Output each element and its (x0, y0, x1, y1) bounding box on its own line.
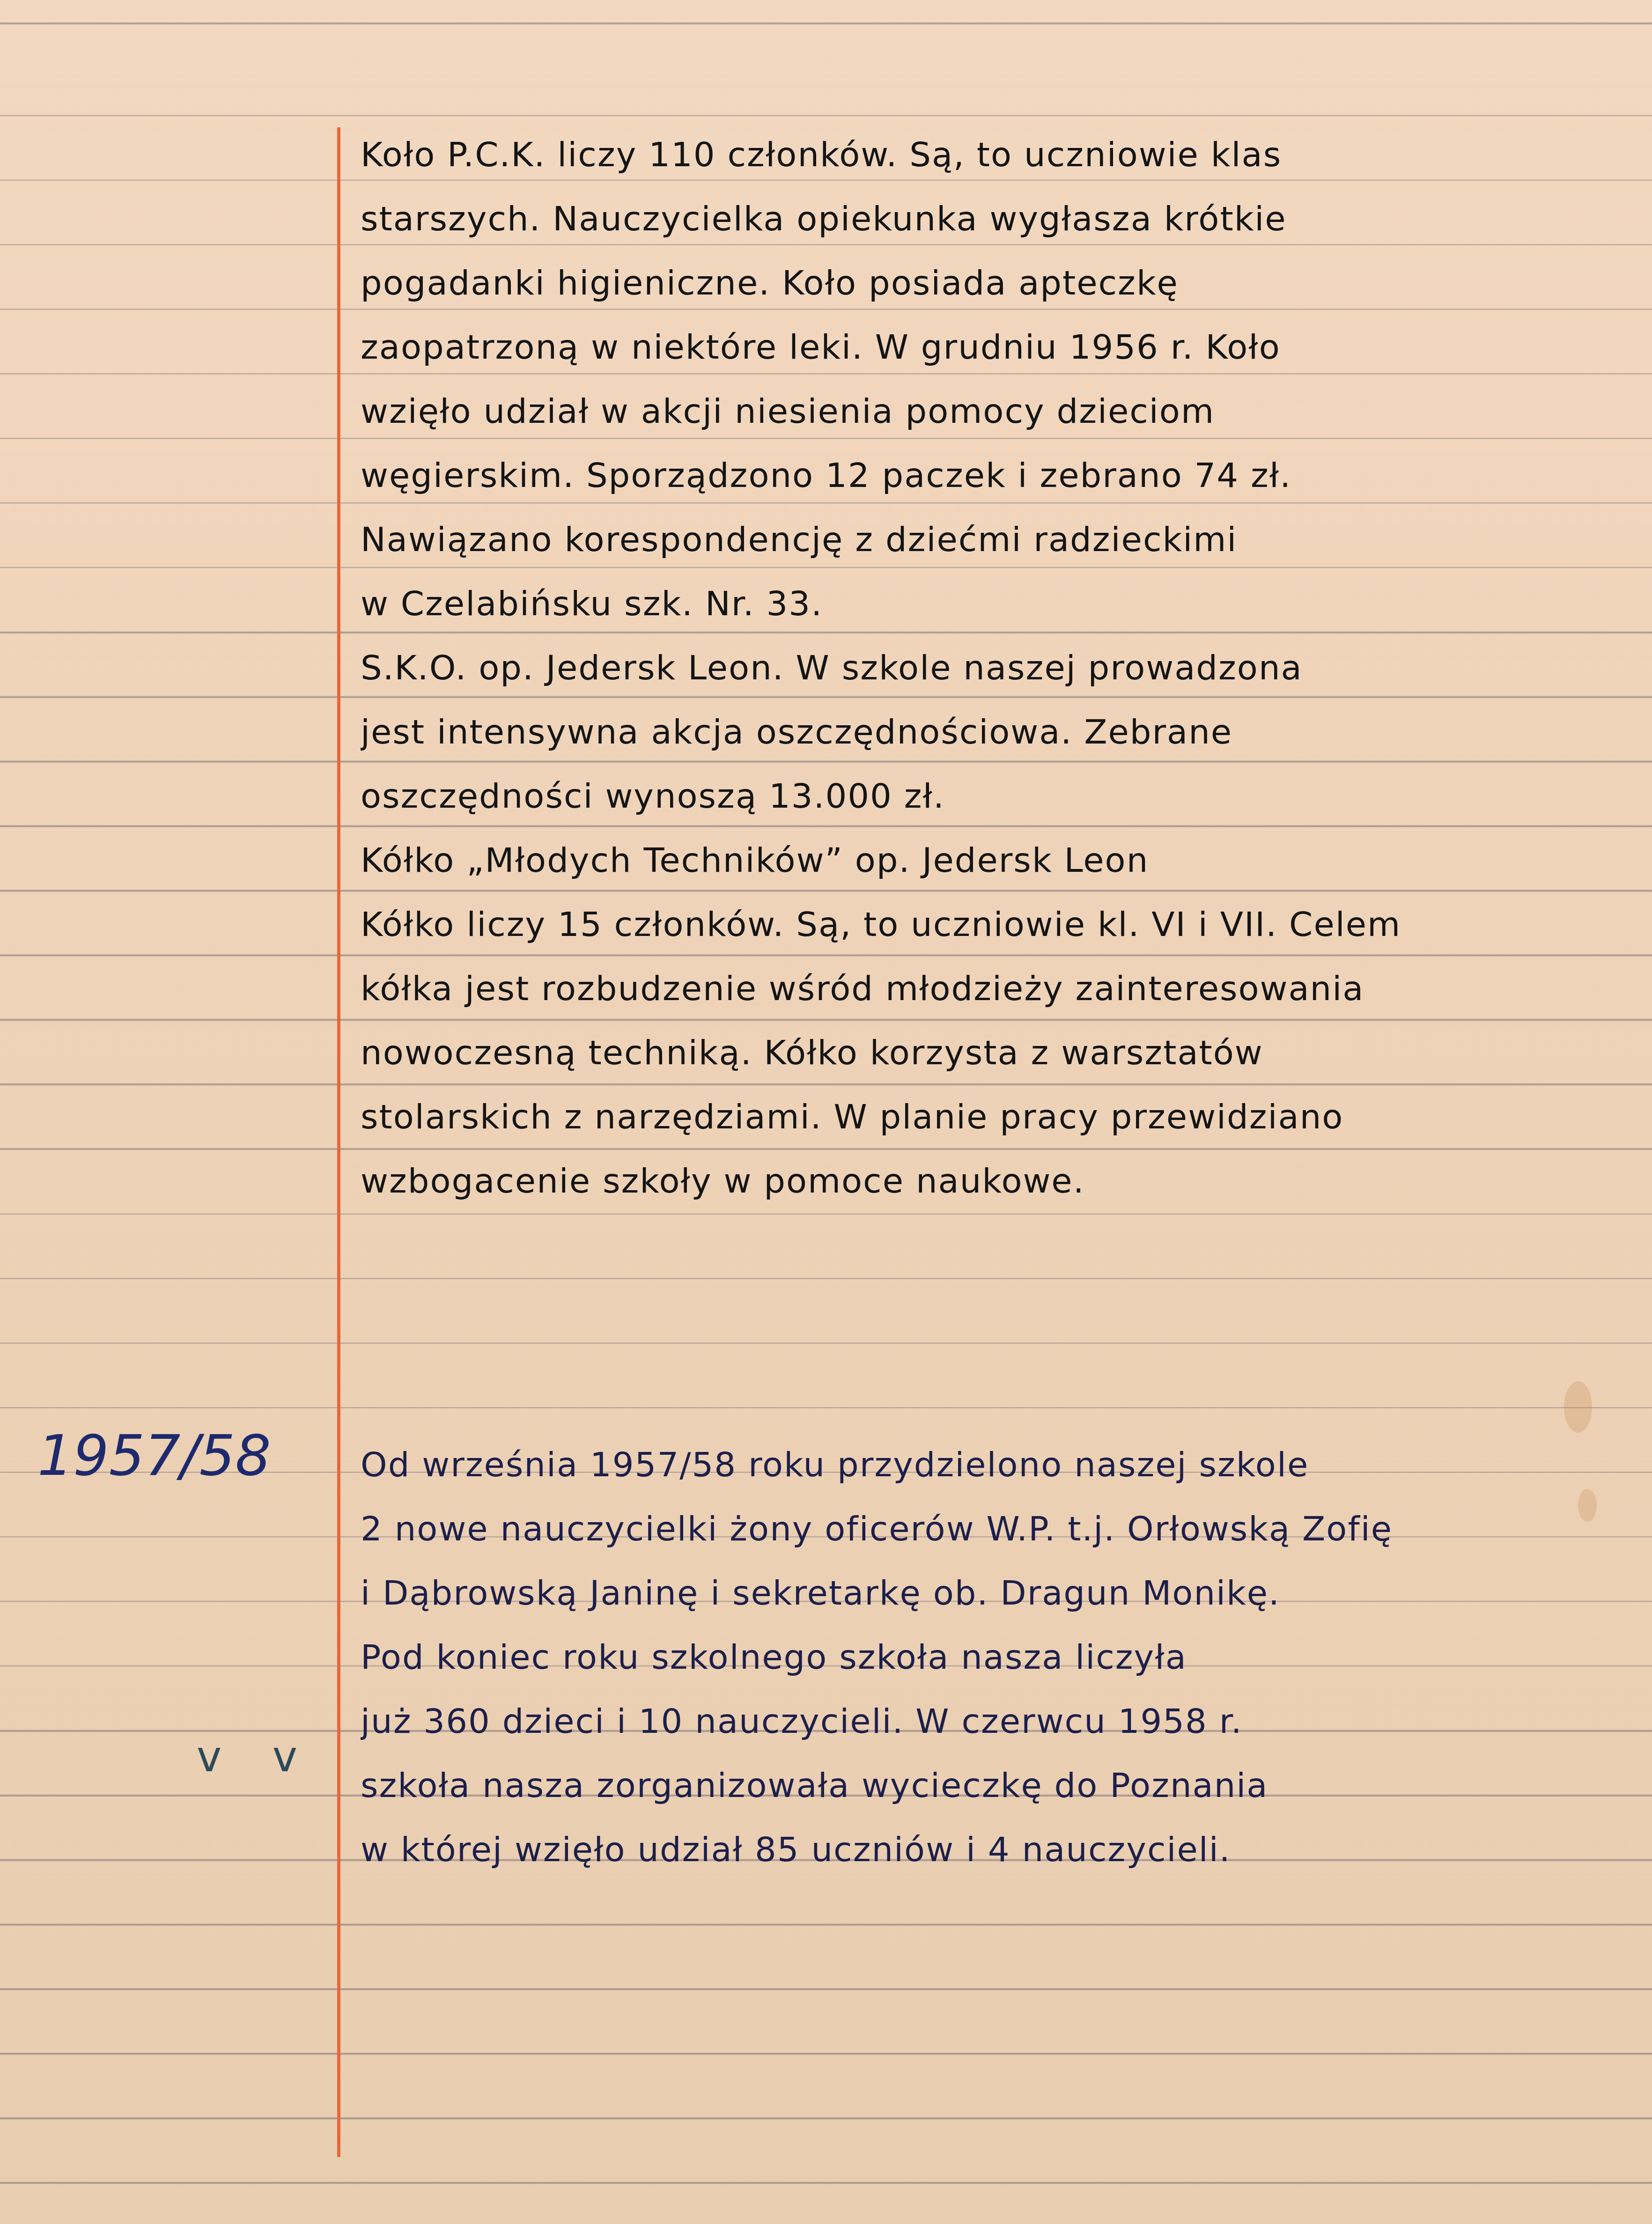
text-line: węgierskim. Sporządzono 12 paczek i zebr… (361, 443, 1633, 508)
text-line: Kółko liczy 15 członków. Są, to uczniowi… (361, 892, 1633, 957)
text-line: w Czelabińsku szk. Nr. 33. (361, 572, 1633, 636)
margin-line (337, 127, 340, 2157)
text-line: w której wzięło udział 85 uczniów i 4 na… (361, 1818, 1633, 1882)
text-line: zaopatrzoną w niektóre leki. W grudniu 1… (361, 315, 1633, 379)
text-line: Nawiązano korespondencję z dziećmi radzi… (361, 508, 1633, 572)
text-line: S.K.O. op. Jedersk Leon. W szkole naszej… (361, 636, 1633, 700)
section-2-text: Od września 1957/58 roku przydzielono na… (361, 1433, 1633, 1882)
text-line: już 360 dzieci i 10 nauczycieli. W czerw… (361, 1689, 1633, 1753)
section-1-text: Koło P.C.K. liczy 110 członków. Są, to u… (361, 123, 1633, 1213)
text-line: szkoła nasza zorganizowała wycieczkę do … (361, 1753, 1633, 1818)
text-line: Pod koniec roku szkolnego szkoła nasza l… (361, 1625, 1633, 1689)
text-line: 2 nowe nauczycielki żony oficerów W.P. t… (361, 1497, 1633, 1561)
text-line: stolarskich z narzędziami. W planie prac… (361, 1085, 1633, 1149)
text-line: i Dąbrowską Janinę i sekretarkę ob. Drag… (361, 1561, 1633, 1625)
text-line: kółka jest rozbudzenie wśród młodzieży z… (361, 957, 1633, 1021)
text-line: Koło P.C.K. liczy 110 członków. Są, to u… (361, 123, 1633, 187)
text-line: Od września 1957/58 roku przydzielono na… (361, 1433, 1633, 1497)
text-line: starszych. Nauczycielka opiekunka wygłas… (361, 187, 1633, 251)
text-line: wzbogacenie szkoły w pomoce naukowe. (361, 1149, 1633, 1213)
text-line: pogadanki higieniczne. Koło posiada apte… (361, 251, 1633, 315)
text-line: jest intensywna akcja oszczędnościowa. Z… (361, 700, 1633, 764)
text-line: wzięło udział w akcji niesienia pomocy d… (361, 379, 1633, 443)
notebook-page: Koło P.C.K. liczy 110 członków. Są, to u… (0, 0, 1652, 2224)
paper-stain (1564, 1381, 1592, 1433)
text-line: Kółko „Młodych Techników” op. Jedersk Le… (361, 828, 1633, 892)
text-line: oszczędności wynoszą 13.000 zł. (361, 764, 1633, 828)
margin-year-label: 1957/58 (37, 1423, 271, 1488)
text-line: nowoczesną techniką. Kółko korzysta z wa… (361, 1021, 1633, 1085)
check-mark-icons: v v (197, 1732, 316, 1782)
